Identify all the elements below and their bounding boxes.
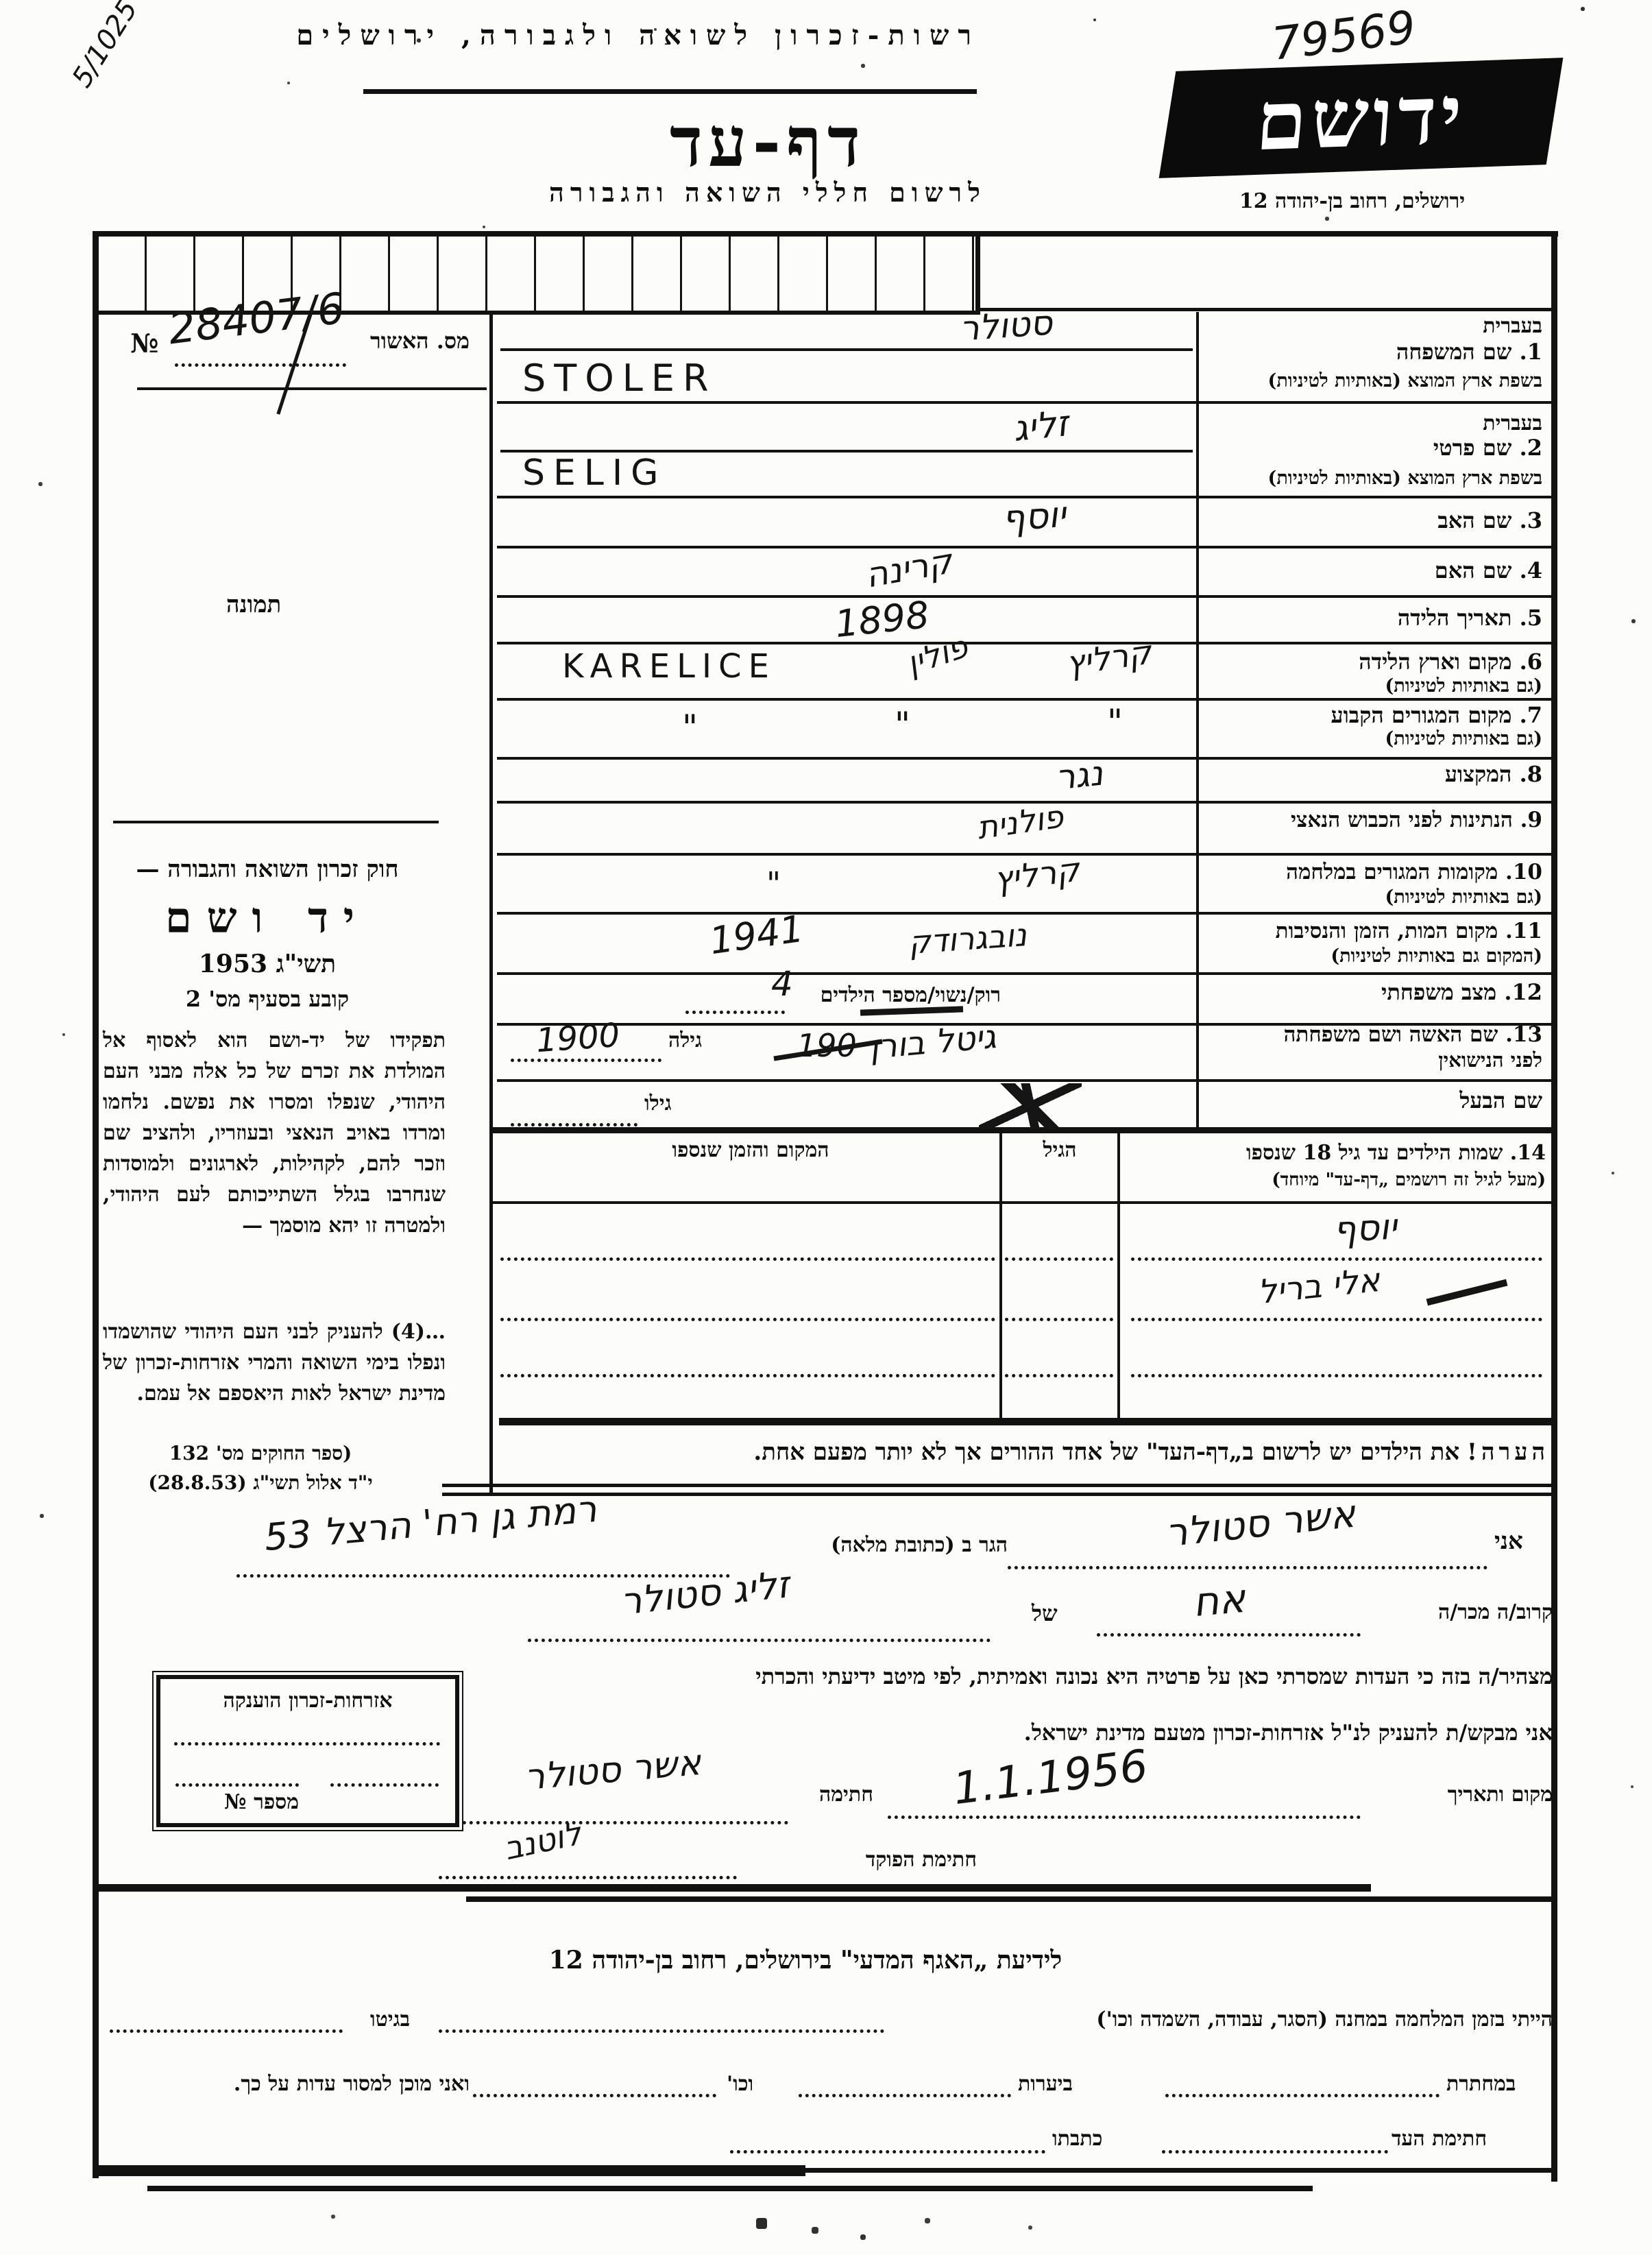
husband-name-label: שם הבעל [1203,1087,1542,1113]
forests-dotted-line [799,2094,1011,2097]
row-line [497,595,1553,598]
ghetto-label: בגיטו [370,2007,410,2031]
field-10-sublabel: (גם באותיות לטיניות) [1203,887,1542,908]
children-row-dotted [500,1257,995,1261]
residence-ditto-mark: " [682,708,698,747]
witness-address-label: כתבתו [1052,2127,1102,2151]
children-section-bottom-rule [499,1418,1555,1425]
citizenship-box-number-label: מספר № [175,1790,299,1814]
forests-label: ביערות [1018,2072,1073,2096]
scan-noise [0,0,1,1]
declarant-i-label: אני [1494,1528,1523,1555]
husband-age-label: גילו [644,1092,671,1116]
form-border-bottom [802,2168,1556,2173]
declarant-name-value: אשר סטולר [1163,1492,1357,1556]
child-name-value: אלי בריל [1256,1261,1382,1312]
first-name-hebrew-value: זליג [1011,403,1070,450]
family-name-hebrew-value: סטולר [958,302,1054,348]
wife-age-dotted-line [511,1059,661,1062]
residence-ditto-mark: " [895,705,910,745]
etc-dotted-line [473,2094,716,2097]
row-line [500,348,1193,351]
ghetto-dotted-line [110,2029,343,2033]
birth-place-hebrew-value: קרליץ [1064,634,1154,684]
note-rule-b [442,1493,1553,1496]
approval-number-dotted-line [175,363,346,367]
mother-name-value: קרינה [862,541,956,595]
field-4-label: 4. שם האם [1203,557,1542,583]
field-1-label: 1. שם המשפחה [1203,339,1542,365]
underground-label: במחתרת [1446,2072,1516,2096]
form-border-bottom-heavy [93,2165,805,2176]
children-header-rule [492,1201,1555,1204]
law-reference-2: י"ד אלול תשי"ג (28.8.53) [103,1471,418,1495]
field-2-label: 2. שם פרטי [1203,435,1542,461]
row-line [497,401,1553,404]
field-3-label: 3. שם האב [1203,507,1542,533]
etc-label: וכו' [727,2072,753,2096]
approval-number-symbol: № [130,328,158,359]
memorial-citizenship-box: אזרחות-זכרון הוענקה מספר № [156,1675,459,1827]
field-2-lang: בעברית [1203,411,1542,435]
death-year-value: 1941 [707,907,806,963]
clerk-signature-dotted-line [439,1876,737,1879]
children-row-dotted [1131,1257,1542,1261]
stamp-underline [137,387,487,390]
form-border-top [93,231,1558,237]
death-place-value: נובגרודק [907,916,1028,961]
field-11-label: 11. מקום המות, הזמן והנסיבות [1203,919,1542,943]
place-date-dotted-line [888,1816,1361,1819]
row-line [497,698,1553,701]
document-title: דף-עד [590,101,946,182]
wife-age-label: גילה [668,1028,702,1052]
witness-signature-label: חתימת העד [1392,2127,1487,2151]
note-text: את הילדים יש לרשום ב„דף-העד" של אחד ההור… [753,1438,1459,1466]
father-name-value: יוסף [1001,494,1067,540]
field-12-label: 12. מצב משפחתי [1203,979,1542,1005]
occupation-value: נגר [1054,753,1105,798]
scanned-testimony-page: 5/1025 רשות-זכרון לשואה ולגבורה, ירושלים… [0,0,1652,2255]
field-14-sublabel: (מעל לגיל זה רושמים „דף-עד" מיוחד) [1131,1170,1546,1190]
children-age-column-divider [999,1132,1002,1423]
nationality-value: פולנית [975,797,1066,846]
field-6-label: 6. מקום וארץ הלידה [1203,649,1542,675]
law-reference-1: (ספר החוקים מס' 132 [103,1442,418,1465]
field-10-label: 10. מקומות המגורים במלחמה [1203,860,1542,884]
children-row-dotted [500,1374,995,1377]
children-count-dotted-line [685,1011,785,1014]
law-paragraph-2: …(4) להעניק לבני העם היהודי שהושמדו ונפל… [103,1316,446,1409]
signature-value: אשר סטולר [523,1742,703,1798]
witness-address-dotted-line [730,2150,1045,2154]
form-border-right [1551,231,1557,2182]
family-name-latin-value: STOLER [522,357,717,400]
yad-vashem-logo: ידושם [1159,58,1564,178]
row-line [497,853,1553,856]
first-name-latin-value: SELIG [522,453,666,494]
footer-separator-a [96,1884,1371,1892]
camp-dotted-line [439,2029,884,2033]
citizenship-box-dotted [174,1742,440,1746]
logo-address: ירושלים, רחוב בן-יהודה 12 [1158,189,1546,213]
law-clause: קובע בסעיף מס' 2 [103,986,432,1012]
children-row-dotted [1005,1318,1113,1321]
signature-label: חתימה [819,1783,873,1807]
note-line: הערה! את הילדים יש לרשום ב„דף-העד" של אח… [521,1438,1549,1466]
field-11-sublabel: (המקום גם באותיות לטיניות) [1203,945,1542,967]
husband-crossed-out-scribble [979,1083,1082,1129]
law-top-rule [113,821,439,823]
address-label: הגר ב (כתובת מלאה) [737,1533,1008,1557]
war-residence-value: קרליץ [992,851,1082,900]
married-hand-underline [860,1006,963,1015]
field-7-sublabel: (גם באותיות לטיניות) [1203,728,1542,749]
field-5-label: 5. תאריך הלידה [1203,605,1542,631]
underground-dotted-line [1165,2094,1440,2097]
org-underline [363,89,977,94]
approval-number-label: מס. האשור [346,328,470,354]
labels-column-divider [1196,312,1199,1132]
field-8-label: 8. המקצוע [1203,761,1542,787]
row-line [497,546,1553,548]
citizenship-box-dotted [175,1783,299,1787]
field-14-label: 14. שמות הילדים עד גיל 18 שנספו [1131,1141,1546,1165]
yad-vashem-logo-text: ידושם [1254,74,1468,162]
note-rule-a [442,1484,1553,1487]
row-line [497,642,1553,644]
row-line [497,972,1553,975]
photo-column-divider [489,312,493,1493]
field-7-label: 7. מקום המגורים הקבוע [1203,702,1542,728]
law-name: יד ושם [103,893,432,943]
residence-ditto-mark: " [1107,702,1123,742]
row-line [497,912,1553,915]
children-name-column-divider [1117,1132,1120,1423]
corner-annotation: 5/1025 [41,0,144,133]
field-9-label: 9. הנתינות לפני הכבוש הנאצי [1203,808,1542,832]
birth-place-latin-value: KARELICE [562,647,776,686]
children-count-value: 4 [771,964,793,1004]
children-age-column-header: הגיל [1005,1138,1115,1162]
footer-separator-b [466,1896,1553,1902]
field-1-lang: בעברית [1203,314,1542,338]
children-place-column-header: המקום והזמן שנספו [590,1138,912,1162]
children-row-dotted [1005,1374,1113,1377]
relation-dotted-line [1097,1633,1361,1637]
witness-signature-dotted-line [1162,2150,1388,2154]
marital-options-label: רוק/נשוי/מספר הילדים [651,983,1001,1007]
testify-label: ואני מוכן למסור עדות על כך. [110,2072,470,2096]
clerk-signature-label: חתימת הפוקד [737,1848,977,1872]
note-label: הערה! [1467,1438,1549,1466]
camp-label: הייתי בזמן המלחמה במחנה (הסגר, עבודה, הש… [898,2007,1553,2031]
citizenship-box-dotted [330,1783,439,1787]
row-top-line [975,308,1551,311]
row-line [497,757,1553,760]
wife-age-value: 1900 [535,1016,621,1060]
law-paragraph-1: תפקידו של יד-ושם הוא לאסוף אל המולדת את … [103,1025,446,1241]
child-name-value: יוסף [1332,1207,1398,1251]
registry-number: 79569 [1269,0,1479,71]
relation-value: אח [1191,1575,1247,1626]
war-residence-ditto-mark: " [766,865,781,902]
field-1-sublabel: בשפת ארץ המוצא (באותיות לטיניות) [1203,370,1542,391]
of-label: של [1032,1600,1058,1626]
children-row-dotted [1005,1257,1113,1261]
field-13-label: 13. שם האשה ושם משפחתה [1203,1022,1542,1047]
field-13-sublabel: לפני הנישואין [1203,1048,1542,1072]
law-intro: חוק זכרון השואה והגבורה — [103,856,432,883]
children-row-dotted [500,1318,995,1321]
field-6-sublabel: (גם באותיות לטיניות) [1203,675,1542,697]
declarant-name-dotted-line [1008,1566,1487,1569]
row-line [497,1079,1553,1082]
field-2-sublabel: בשפת ארץ המוצא (באותיות לטיניות) [1203,468,1542,489]
citizenship-box-title: אזרחות-זכרון הוענקה [160,1689,455,1713]
document-subtitle: לרשום חללי השואה והגבורה [411,177,1124,208]
place-date-value: 1.1.1956 [951,1741,1151,1815]
org-name: רשות-זכרון לשואה ולגבורה, ירושלים [322,19,980,51]
relative-label: קרוב/ה מכר/ה [1398,1600,1553,1624]
form-border-bottom-2 [147,2186,1313,2191]
husband-age-dotted-line [511,1123,637,1126]
photo-label: תמונה [226,591,281,618]
birth-date-value: 1898 [833,593,931,646]
footer-title: לידיעת „האגף המדעי" בירושלים, רחוב בן-יה… [452,1946,1158,1975]
place-date-label: מקום ותאריך [1374,1783,1553,1807]
children-row-dotted [1131,1374,1542,1377]
law-year: תשי"ג 1953 [103,950,432,978]
declaration-statement: מצהיר/ה בזה כי העדות שמסרתי כאן על פרטיה… [329,1663,1553,1689]
children-row-dotted [1131,1318,1542,1321]
subject-name-value: זליג סטולר [618,1563,791,1623]
address-value: רמת גן רח' הרצל 53 [263,1487,598,1559]
child-name-smudge-stroke [1426,1279,1508,1306]
subject-name-dotted-line [528,1639,991,1642]
